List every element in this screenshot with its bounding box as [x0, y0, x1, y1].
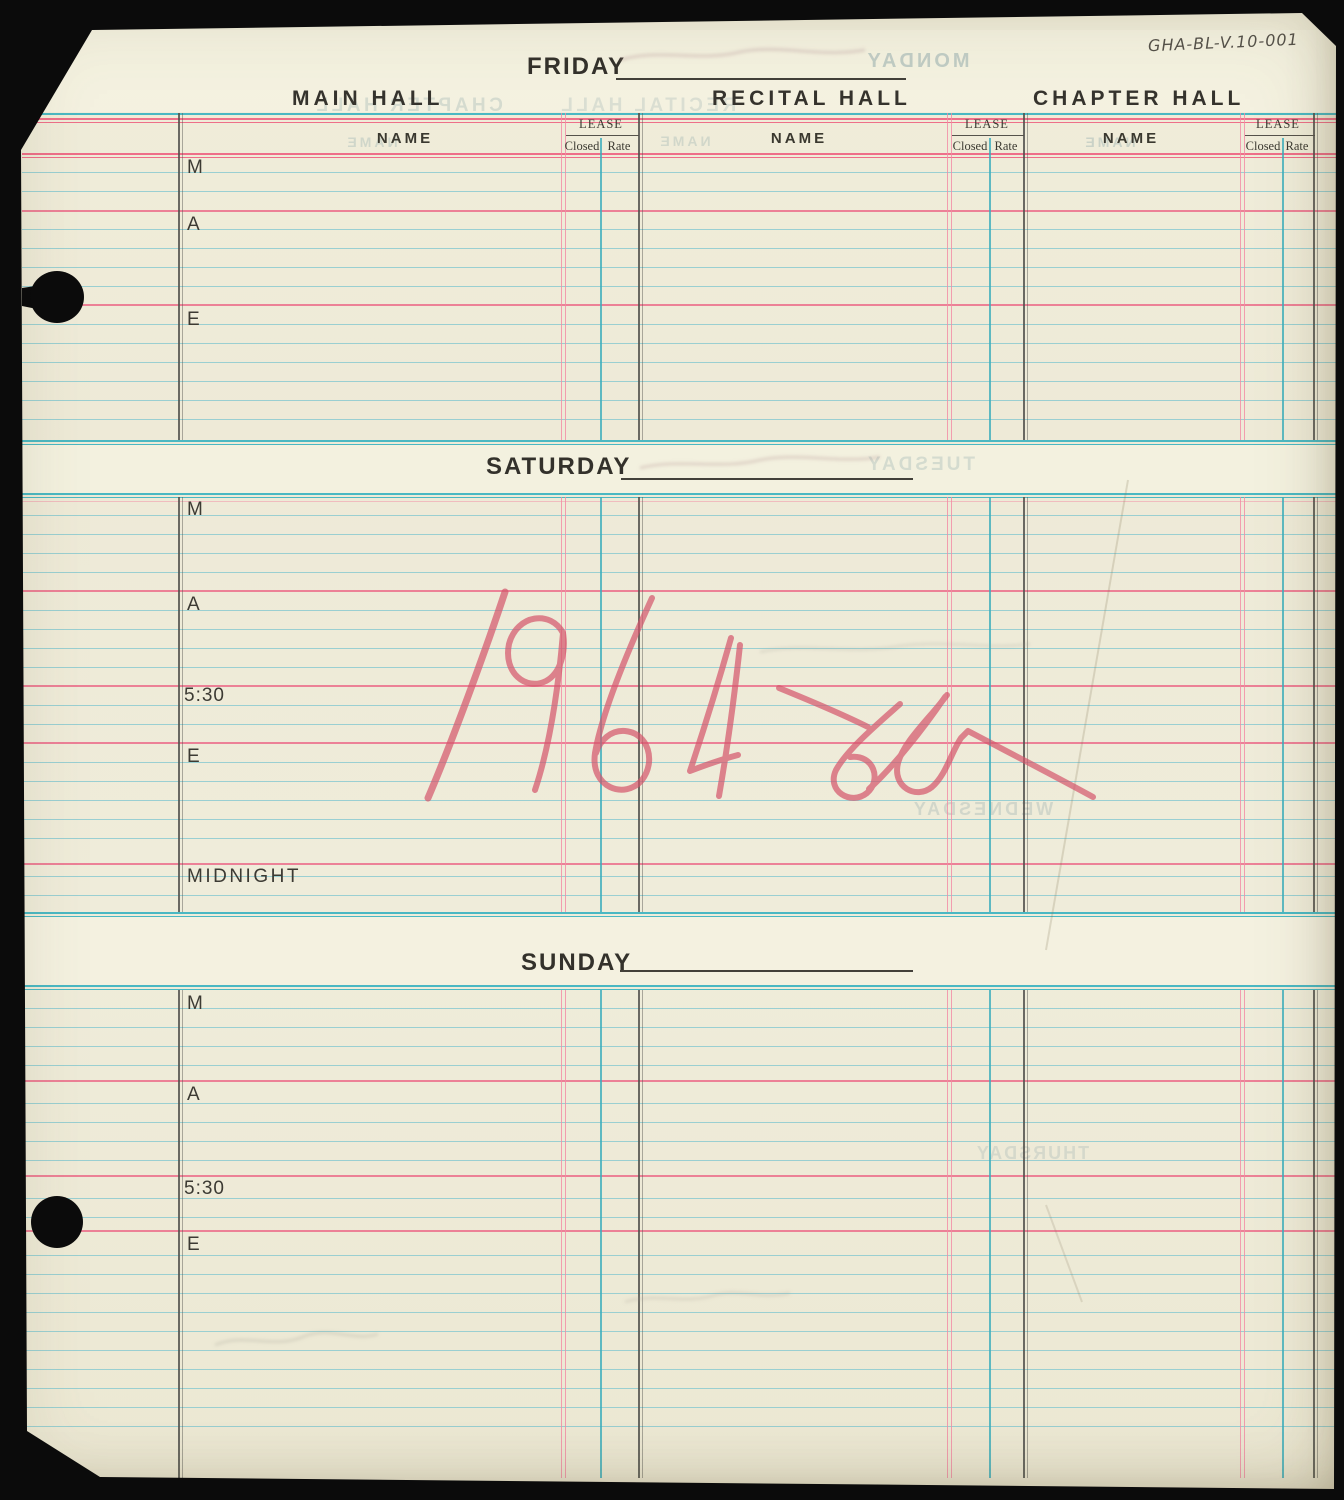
ruled-line [1282, 497, 1284, 912]
ruled-line [1023, 497, 1025, 912]
ruled-line [1240, 113, 1241, 440]
ruled-line [947, 497, 948, 912]
ruled-line [22, 762, 1336, 763]
ruled-line [638, 990, 640, 1478]
time-label-morning-friday: M [187, 157, 204, 179]
lease-header-main: LEASE [579, 117, 623, 132]
scanned-ledger-page: MONDAY CHAPTER HALL RECITAL HALL NAME NA… [0, 0, 1344, 1500]
ruled-line [22, 781, 1336, 782]
rate-column-header-recital: Rate [995, 139, 1018, 154]
friday-underline [616, 78, 906, 80]
ruled-line [989, 990, 991, 1478]
ruled-line [182, 990, 183, 1478]
ruled-line [638, 113, 640, 440]
closed-column-header-chapter: Closed [1246, 139, 1281, 154]
hall-title-recital: RECITAL HALL [712, 87, 911, 111]
day-title-sunday: SUNDAY [521, 949, 632, 977]
saturday-underline [621, 478, 913, 480]
ghost-text-tuesday: TUESDAY [865, 454, 975, 476]
ruled-line [600, 497, 602, 912]
ruled-line [1023, 990, 1025, 1478]
ruled-line [22, 800, 1336, 801]
ruled-line [22, 1027, 1336, 1028]
ruled-line [22, 153, 1336, 155]
ruled-line [22, 1230, 1336, 1232]
ruled-line [22, 1046, 1336, 1047]
ruled-line [182, 113, 183, 440]
sunday-underline [620, 970, 913, 972]
ruled-line [22, 210, 1336, 212]
ruled-line [989, 138, 991, 440]
ruled-line [22, 343, 1336, 344]
ruled-line [951, 497, 952, 912]
ruled-line [22, 534, 1336, 535]
ruled-line [22, 381, 1336, 382]
ruled-line [22, 1426, 1336, 1427]
ruled-line [22, 113, 1336, 115]
ruled-line [178, 990, 180, 1478]
lease-header-recital: LEASE [965, 117, 1009, 132]
ruled-line [1313, 990, 1315, 1478]
ruled-line [1317, 990, 1318, 1478]
day-title-friday: FRIDAY [527, 53, 626, 81]
ruled-line [22, 419, 1336, 420]
ruled-line [22, 497, 1336, 499]
closed-column-header-main: Closed [565, 139, 600, 154]
ruled-line [178, 497, 180, 912]
ruled-line [1317, 497, 1318, 912]
time-label-afternoon-friday: A [187, 214, 201, 236]
ruled-line [565, 497, 566, 912]
hall-title-main: MAIN HALL [292, 87, 443, 111]
ruled-line [22, 229, 1336, 230]
ruled-line [989, 497, 991, 912]
ruled-line [22, 985, 1336, 987]
ruled-line [565, 113, 566, 440]
ruled-line [22, 1350, 1336, 1351]
time-label-evening-friday: E [187, 309, 201, 331]
ruled-line [22, 863, 1336, 865]
ruled-line [22, 1388, 1336, 1389]
ruled-line [22, 724, 1336, 725]
time-label-530-saturday: 5:30 [184, 685, 225, 707]
ruled-line [951, 113, 952, 440]
ruled-line [600, 990, 602, 1478]
ghost-text-wednesday: WEDNESDAY [911, 799, 1053, 820]
ruled-line [22, 1312, 1336, 1313]
ruled-line [22, 286, 1336, 287]
ruled-line [22, 515, 1336, 516]
ruled-line [22, 590, 1336, 592]
time-label-midnight-saturday: MIDNIGHT [187, 866, 301, 888]
rate-column-header-main: Rate [608, 139, 631, 154]
ruled-line [22, 1331, 1336, 1332]
ghost-text-monday: MONDAY [864, 50, 969, 73]
ruled-line [22, 916, 1336, 918]
ruled-line [22, 248, 1336, 249]
ruled-line [22, 819, 1336, 820]
name-column-header-main: NAME [377, 130, 433, 147]
ruled-line [642, 990, 643, 1478]
ruled-line [22, 191, 1336, 192]
time-label-afternoon-saturday: A [187, 594, 201, 616]
ruled-line [22, 267, 1336, 268]
ruled-line [22, 610, 1336, 611]
ruled-line [1240, 497, 1241, 912]
ruled-line [22, 895, 1336, 896]
lease-underline-recital [952, 135, 1024, 136]
ruled-line [22, 1217, 1336, 1218]
ruled-line [182, 497, 183, 912]
ruled-line [642, 497, 643, 912]
ruled-line [22, 838, 1336, 839]
ruled-line [22, 989, 1336, 991]
time-label-morning-saturday: M [187, 499, 204, 521]
ruled-line [22, 572, 1336, 573]
ruled-line [22, 1122, 1336, 1123]
ruled-line [22, 912, 1336, 914]
ruled-line [947, 113, 948, 440]
lease-header-chapter: LEASE [1256, 117, 1300, 132]
ruled-line [1313, 113, 1315, 440]
ruled-line [642, 113, 643, 440]
ghost-text-name: NAME [657, 133, 710, 149]
ruled-line [947, 990, 948, 1478]
ruled-line [22, 157, 1336, 159]
ruled-line [22, 362, 1336, 363]
time-label-530-sunday: 5:30 [184, 1178, 225, 1200]
day-title-saturday: SATURDAY [486, 453, 631, 481]
ruled-line [1313, 497, 1315, 912]
ruled-line [1282, 138, 1284, 440]
ruled-line [1317, 113, 1318, 440]
ruled-line [178, 113, 180, 440]
ruled-line [22, 122, 1336, 124]
ruled-line [1027, 113, 1028, 440]
ruled-line [561, 497, 562, 912]
ruled-line [22, 1160, 1336, 1161]
ruled-line [1240, 990, 1241, 1478]
ruled-line [1027, 990, 1028, 1478]
ruled-line [561, 113, 562, 440]
closed-column-header-recital: Closed [953, 139, 988, 154]
name-column-header-recital: NAME [771, 130, 827, 147]
ruled-line [22, 400, 1336, 401]
ruled-line [22, 667, 1336, 668]
ruled-line [1244, 497, 1245, 912]
ruled-line [22, 493, 1336, 495]
ruled-line [22, 1175, 1336, 1177]
ruled-line [1244, 113, 1245, 440]
ruled-line [22, 1080, 1336, 1082]
ruled-line [22, 1065, 1336, 1066]
ruled-line [22, 118, 1336, 120]
name-column-header-chapter: NAME [1103, 130, 1159, 147]
ruled-line [22, 1255, 1336, 1256]
ruled-line [1027, 497, 1028, 912]
ruled-line [22, 648, 1336, 649]
ruled-line [22, 629, 1336, 630]
ruled-line [638, 497, 640, 912]
ruled-line [22, 742, 1336, 744]
lease-underline-main [566, 135, 639, 136]
ruled-line [22, 1008, 1336, 1009]
saturday-title-band [21, 445, 1336, 493]
ruled-line [1244, 990, 1245, 1478]
ruled-line [565, 990, 566, 1478]
ruled-line [22, 1274, 1336, 1275]
ruled-line [22, 1141, 1336, 1142]
ruled-line [22, 444, 1336, 446]
ruled-line [951, 990, 952, 1478]
time-label-evening-saturday: E [187, 746, 201, 768]
time-label-evening-sunday: E [187, 1234, 201, 1256]
ruled-line [22, 1103, 1336, 1104]
ruled-line [22, 553, 1336, 554]
ruled-line [22, 440, 1336, 442]
ruled-line [1023, 113, 1025, 440]
ruled-line [22, 1369, 1336, 1370]
hall-title-chapter: CHAPTER HALL [1033, 87, 1244, 111]
time-label-afternoon-sunday: A [187, 1084, 201, 1106]
ruled-line [1282, 990, 1284, 1478]
ruled-line [600, 138, 602, 440]
time-label-morning-sunday: M [187, 993, 204, 1015]
ruled-line [561, 990, 562, 1478]
sunday-title-band [21, 917, 1336, 985]
ruled-line [22, 1407, 1336, 1408]
ruled-line [22, 172, 1336, 173]
rate-column-header-chapter: Rate [1286, 139, 1309, 154]
lease-underline-chapter [1245, 135, 1315, 136]
ruled-line [22, 324, 1336, 325]
ruled-line [22, 304, 1336, 306]
ruled-line [22, 501, 1336, 502]
ruled-line [22, 1293, 1336, 1294]
